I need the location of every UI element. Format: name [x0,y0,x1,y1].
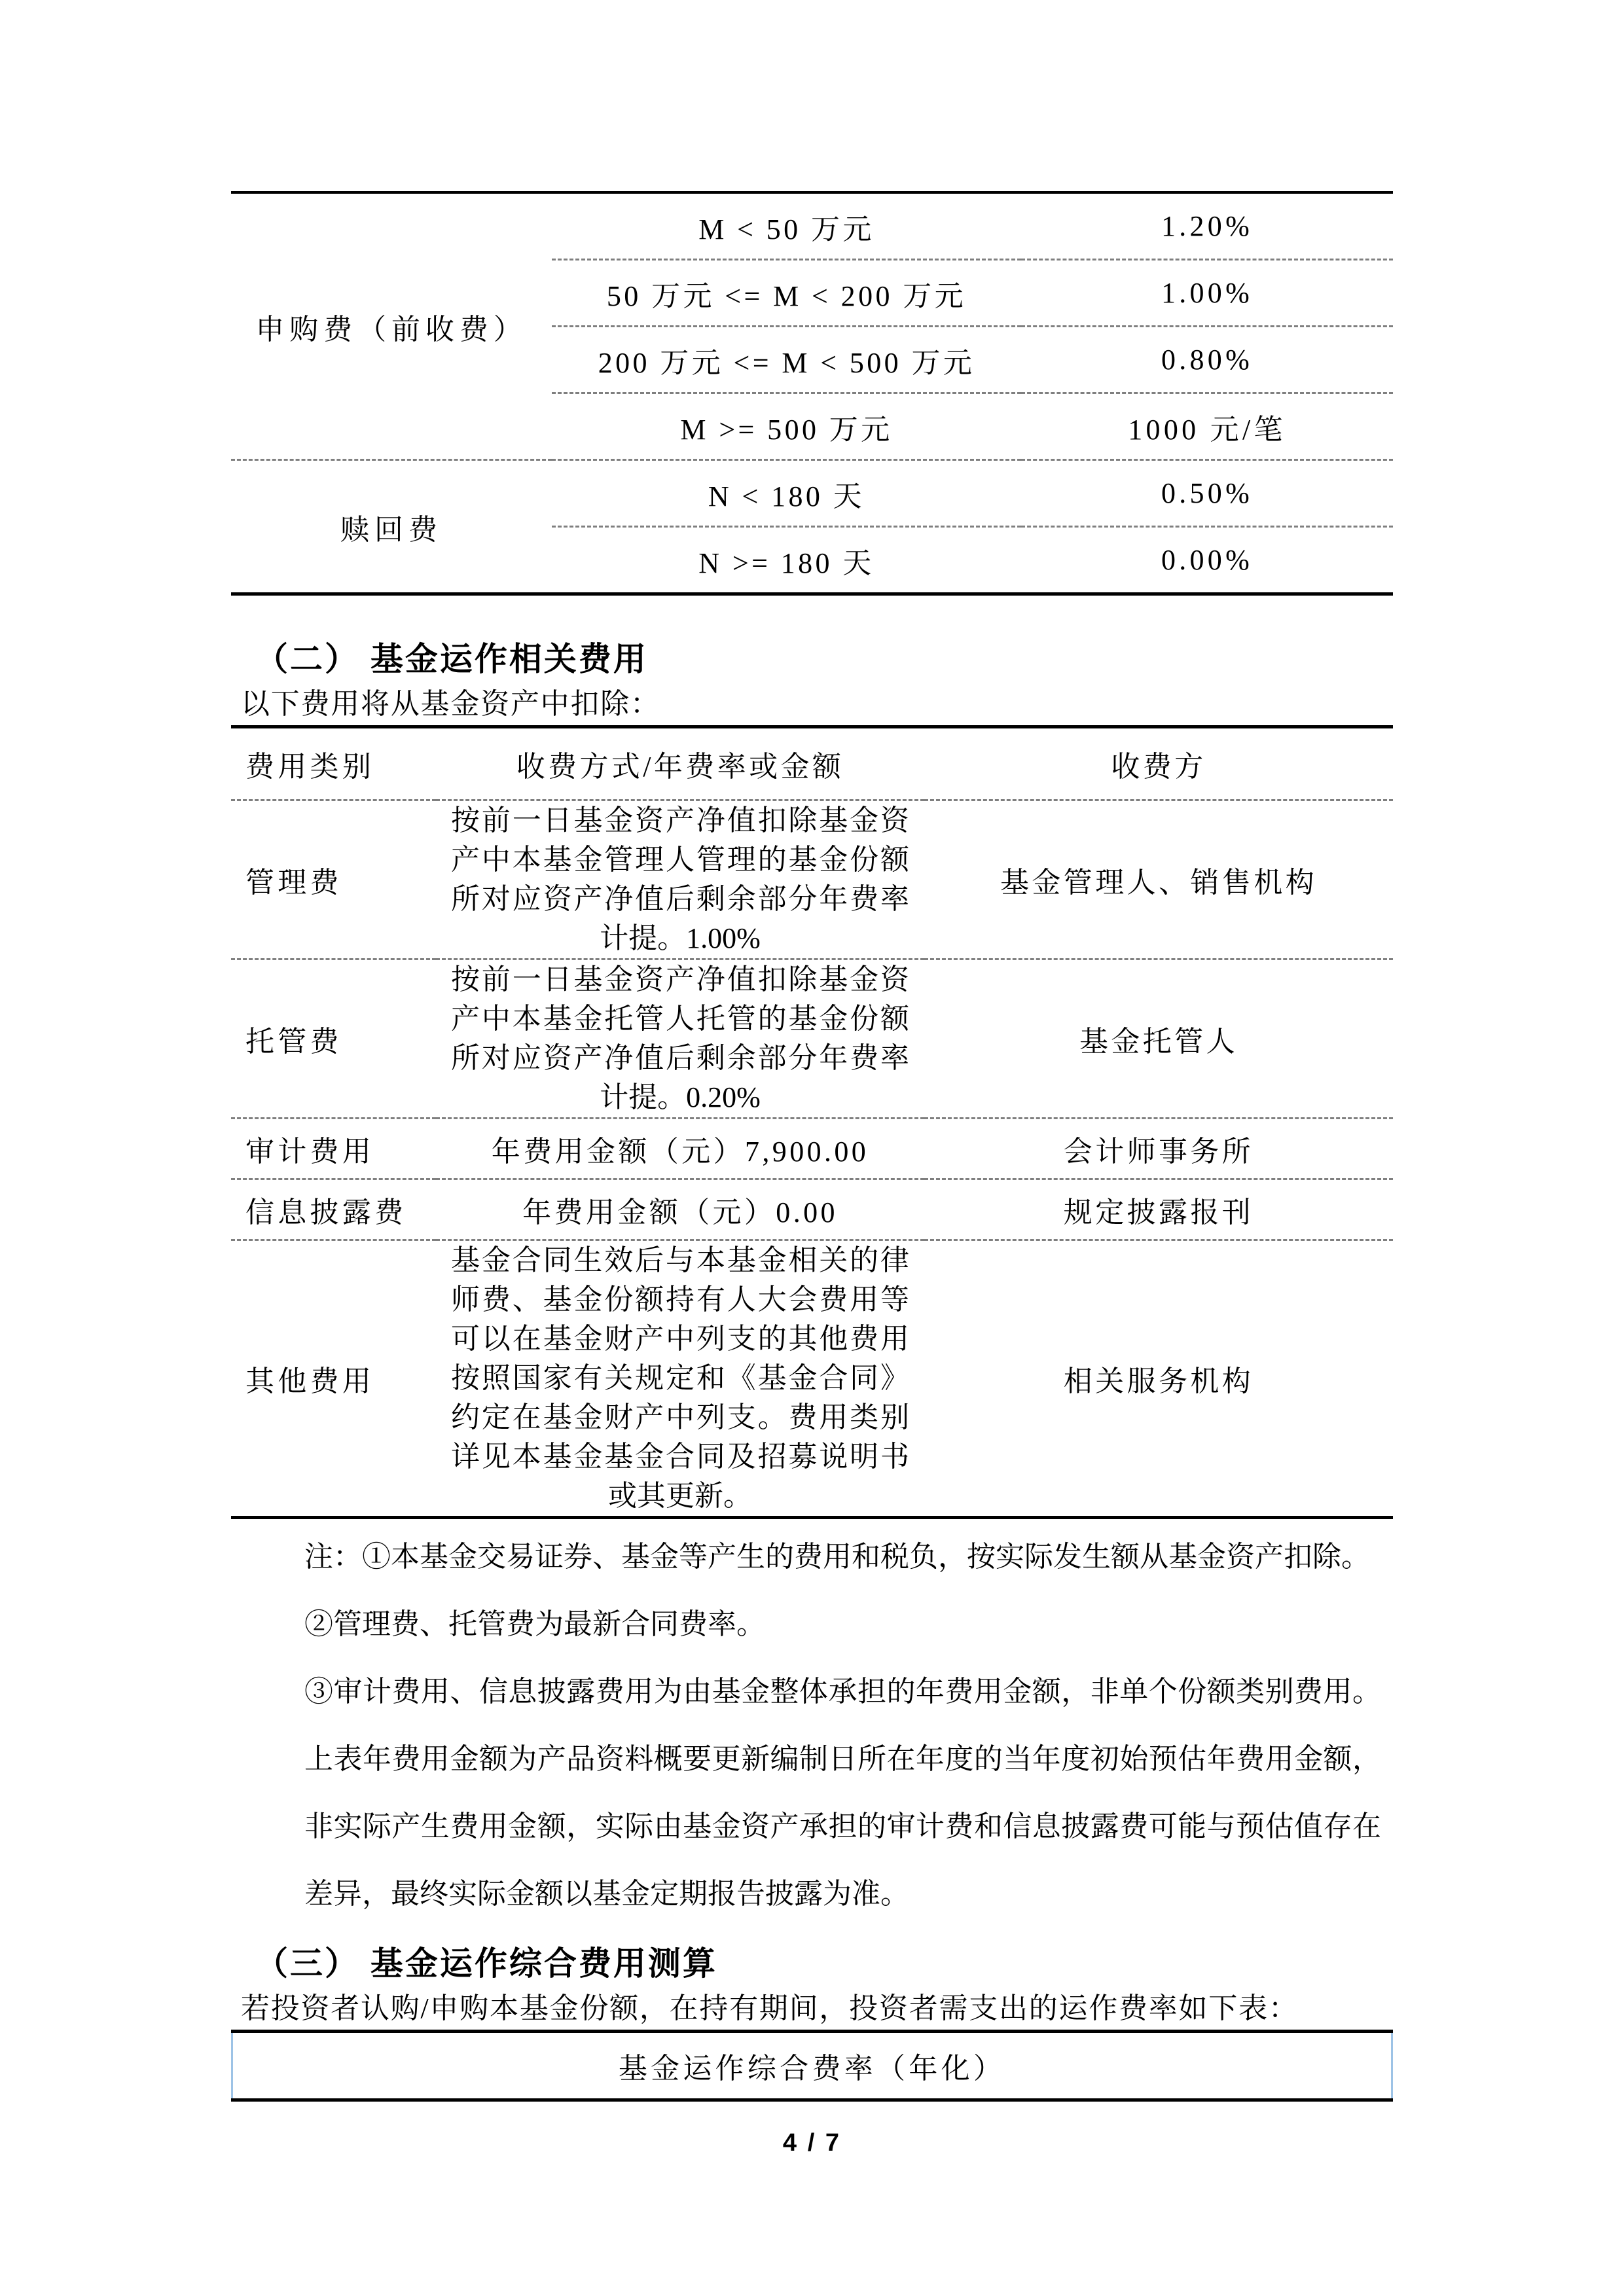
fee-payee-cell: 会计师事务所 [924,1119,1393,1179]
fee-method-cell: 年费用金额（元）0.00 [436,1179,924,1240]
fee-category-cell: 管理费 [231,800,436,960]
combined-rate-table: 基金运作综合费率（年化） [231,2030,1393,2102]
fee-method-cell: 按前一日基金资产净值扣除基金资产中本基金管理人管理的基金份额所对应资产净值后剩余… [436,800,924,960]
fee-category-cell: 其他费用 [231,1240,436,1518]
fee-method-text: 按前一日基金资产净值扣除基金资产中本基金管理人管理的基金份额所对应资产净值后剩余… [451,801,909,958]
document-page: 申购费（前收费） M < 50 万元 1.20% 50 万元 <= M < 20… [0,0,1624,2296]
fee-condition-cell: N >= 180 天 [552,527,1021,594]
fee-rate-cell: 1.00% [1021,260,1393,327]
table-header-row: 费用类别 收费方式/年费率或金额 收费方 [231,727,1393,800]
operating-fees-table: 费用类别 收费方式/年费率或金额 收费方 管理费 按前一日基金资产净值扣除基金资… [231,725,1393,1519]
column-header-payee: 收费方 [924,727,1393,800]
fee-condition-cell: 200 万元 <= M < 500 万元 [552,327,1021,393]
fee-condition-cell: N < 180 天 [552,460,1021,527]
fee-method-text: 基金合同生效后与本基金相关的律师费、基金份额持有人大会费用等可以在基金财产中列支… [451,1241,909,1516]
note-line-3: ③审计费用、信息披露费用为由基金整体承担的年费用金额，非单个份额类别费用。上表年… [304,1658,1381,1928]
table-row: 管理费 按前一日基金资产净值扣除基金资产中本基金管理人管理的基金份额所对应资产净… [231,800,1393,960]
table-row: 其他费用 基金合同生效后与本基金相关的律师费、基金份额持有人大会费用等可以在基金… [231,1240,1393,1518]
fee-payee-cell: 基金托管人 [924,960,1393,1119]
section-intro-operating-fees: 以下费用将从基金资产中扣除： [241,687,1393,721]
section-intro-combined-rate: 若投资者认购/申购本基金份额，在持有期间，投资者需支出的运作费率如下表： [241,1992,1393,2026]
fee-method-text: 按前一日基金资产净值扣除基金资产中本基金托管人托管的基金份额所对应资产净值后剩余… [451,960,909,1117]
fee-rate-cell: 1000 元/笔 [1021,393,1393,460]
fee-category-cell: 审计费用 [231,1119,436,1179]
fee-method-cell: 基金合同生效后与本基金相关的律师费、基金份额持有人大会费用等可以在基金财产中列支… [436,1240,924,1518]
table-row: 审计费用 年费用金额（元）7,900.00 会计师事务所 [231,1119,1393,1179]
fee-condition-cell: M >= 500 万元 [552,393,1021,460]
section-heading-combined-rate: （三） 基金运作综合费用测算 [255,1941,1393,1986]
table-row: 赎回费 N < 180 天 0.50% [231,460,1393,527]
fee-group-label: 申购费（前收费） [231,192,552,460]
combined-rate-header-cell: 基金运作综合费率（年化） [232,2032,1392,2100]
fee-condition-cell: M < 50 万元 [552,192,1021,260]
page-number: 4 / 7 [231,2129,1393,2157]
fee-notes: 注：①本基金交易证券、基金等产生的费用和税负，按实际发生额从基金资产扣除。 ②管… [304,1519,1381,1928]
fee-rate-cell: 0.50% [1021,460,1393,527]
column-header-method: 收费方式/年费率或金额 [436,727,924,800]
fee-method-cell: 年费用金额（元）7,900.00 [436,1119,924,1179]
section-heading-operating-fees: （二） 基金运作相关费用 [255,636,1393,682]
fee-rate-cell: 0.00% [1021,527,1393,594]
fee-payee-cell: 规定披露报刊 [924,1179,1393,1240]
fee-payee-cell: 相关服务机构 [924,1240,1393,1518]
fee-category-cell: 托管费 [231,960,436,1119]
fee-payee-cell: 基金管理人、销售机构 [924,800,1393,960]
table-header-row: 基金运作综合费率（年化） [232,2032,1392,2100]
fee-group-label: 赎回费 [231,460,552,594]
fee-method-cell: 按前一日基金资产净值扣除基金资产中本基金托管人托管的基金份额所对应资产净值后剩余… [436,960,924,1119]
note-line-1: 注：①本基金交易证券、基金等产生的费用和税负，按实际发生额从基金资产扣除。 [304,1523,1381,1590]
column-header-category: 费用类别 [231,727,436,800]
fee-rate-cell: 0.80% [1021,327,1393,393]
table-row: 申购费（前收费） M < 50 万元 1.20% [231,192,1393,260]
subscription-redemption-fee-table: 申购费（前收费） M < 50 万元 1.20% 50 万元 <= M < 20… [231,191,1393,596]
table-row: 托管费 按前一日基金资产净值扣除基金资产中本基金托管人托管的基金份额所对应资产净… [231,960,1393,1119]
fee-category-cell: 信息披露费 [231,1179,436,1240]
fee-condition-cell: 50 万元 <= M < 200 万元 [552,260,1021,327]
note-line-2: ②管理费、托管费为最新合同费率。 [304,1590,1381,1658]
fee-rate-cell: 1.20% [1021,192,1393,260]
table-row: 信息披露费 年费用金额（元）0.00 规定披露报刊 [231,1179,1393,1240]
